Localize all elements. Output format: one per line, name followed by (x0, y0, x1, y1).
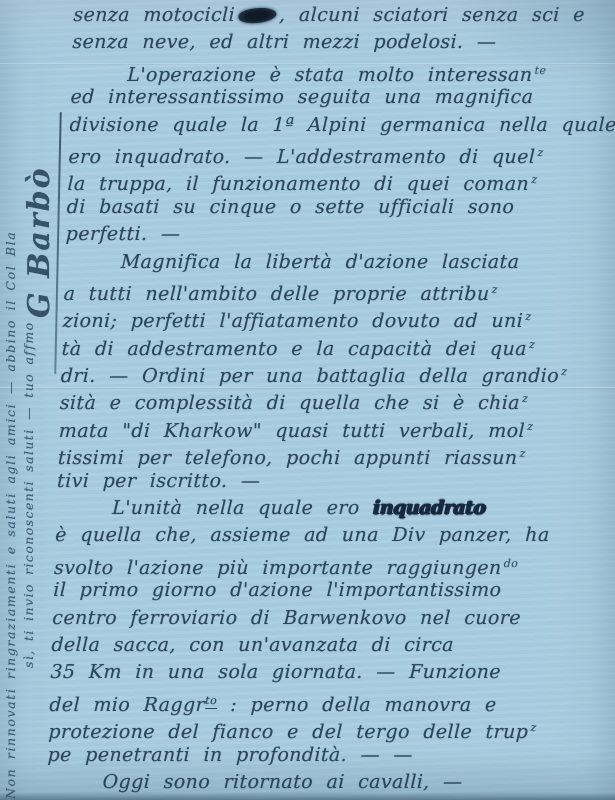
letter-line: senza motocicli, alcuni sciatori senza s… (73, 2, 615, 29)
hyphen-carry-mark: z (522, 392, 529, 405)
line-text: del mio Raggr (49, 694, 206, 716)
hyphen-carry-mark: z (529, 338, 536, 351)
letter-line: tivi per iscritto. — (57, 468, 607, 495)
letter-line: senza neve, ed altri mezzi podelosi. — (72, 29, 615, 56)
letter-line: dri. — Ordini per una battaglia della gr… (60, 358, 610, 385)
letter-line: svolto l'azione più importante raggiunge… (54, 550, 604, 577)
ink-blot (238, 6, 277, 25)
letter-line: L'operazione è stata molto interessante (71, 57, 615, 84)
signature: G Barbò (22, 166, 57, 318)
letter-line: divisione quale la 1ª Alpini germanica n… (69, 112, 615, 139)
line-text: dri. — Ordini per una battaglia della gr… (60, 365, 559, 387)
hyphen-carry-mark: te (534, 64, 546, 77)
letter-line: centro ferroviario di Barwenkovo nel cuo… (52, 605, 602, 632)
hyphen-carry-mark: z (530, 721, 537, 734)
letter-line: a tutti nell'ambito delle proprie attrib… (63, 276, 613, 303)
line-text: : perno della manovra e (217, 694, 497, 716)
hyphen-carry-mark: z (491, 283, 498, 296)
letter-line: L'unità nella quale ero inquadrato (56, 495, 606, 522)
letter-body: senza motocicli, alcuni sciatori senza s… (46, 2, 615, 796)
hyphen-carry-mark: z (525, 310, 532, 323)
line-text: senza motocicli (73, 4, 235, 26)
line-text: svolto l'azione più importante raggiunge… (54, 557, 502, 579)
letter-line: Oggi sono ritornato ai cavalli, — (46, 769, 596, 796)
letter-line: pe penetranti in profondità. — — (47, 742, 597, 769)
hyphen-carry-mark: z (561, 365, 568, 378)
line-text: L'operazione è stata molto interessan (127, 64, 533, 86)
letter-line: mata "di Kharkow" quasi tutti verbali, m… (59, 413, 609, 440)
abbreviation-superscript: to (205, 694, 217, 709)
line-text: a tutti nell'ambito delle proprie attrib… (63, 283, 490, 305)
line-text: senza neve, ed altri mezzi podelosi. — (72, 31, 497, 53)
letter-line: Magnifica la libertà d'azione lasciata (64, 249, 614, 276)
line-text: protezione del fianco e del tergo delle … (48, 721, 529, 743)
letter-line: il primo giorno d'azione l'importantissi… (53, 577, 603, 604)
margin-note-inner: sì, ti invio riconoscenti saluti — tuo a… (21, 321, 36, 668)
hyphen-carry-mark: z (527, 420, 534, 433)
line-text: tà di addestramento e la capacità dei qu… (61, 338, 527, 360)
letter-line: la truppa, il funzionamento di quei coma… (67, 166, 615, 193)
letter-line: tissimi per telefono, pochi appunti rias… (58, 440, 608, 467)
line-text: pe penetranti in profondità. — — (47, 744, 413, 766)
line-text: divisione quale la 1ª Alpini germanica n… (69, 114, 615, 136)
hyphen-carry-mark: z (531, 173, 538, 186)
letter-page: { "page": { "kind": "handwritten letter,… (0, 0, 615, 800)
line-text: Oggi sono ritornato ai cavalli, — (102, 771, 463, 793)
line-text: L'unità nella quale ero (112, 497, 374, 519)
letter-line: protezione del fianco e del tergo delle … (48, 714, 598, 741)
letter-line: del mio Raggrto : perno della manovra e (49, 687, 599, 714)
line-text: ed interessantissimo seguita una magnifi… (70, 86, 534, 108)
letter-line: di basati su cinque o sette ufficiali so… (66, 194, 615, 221)
letter-line: ero inquadrato. — L'addestramento di que… (68, 139, 615, 166)
line-text: zioni; perfetti l'affiatamento dovuto ad… (62, 310, 523, 332)
line-text: , alcuni sciatori senza sci e (279, 4, 586, 26)
letter-line: perfetti. — (65, 221, 615, 248)
line-text: ero inquadrato. — L'addestramento di que… (68, 146, 536, 168)
line-text: centro ferroviario di Barwenkovo nel cuo… (52, 607, 521, 629)
line-text: tivi per iscritto. — (57, 470, 261, 492)
letter-line: è quella che, assieme ad una Div panzer,… (55, 522, 605, 549)
line-text: la truppa, il funzionamento di quei coma… (67, 173, 529, 195)
overwritten-word: inquadrato (373, 497, 486, 519)
margin-note-outer: Non rinnovati ringraziamenti e saluti ag… (3, 231, 18, 799)
line-text: è quella che, assieme ad una Div panzer,… (55, 524, 550, 546)
letter-line: tà di addestramento e la capacità dei qu… (61, 331, 611, 358)
letter-line: sità e complessità di quella che si è ch… (60, 385, 610, 412)
letter-line: 35 Km in una sola giornata. — Funzione (50, 659, 600, 686)
letter-line: ed interessantissimo seguita una magnifi… (70, 84, 615, 111)
hyphen-carry-mark: z (537, 146, 544, 159)
hyphen-carry-mark: z (519, 447, 526, 460)
letter-line: zioni; perfetti l'affiatamento dovuto ad… (62, 303, 612, 330)
line-text: perfetti. — (65, 223, 180, 245)
line-text: mata "di Kharkow" quasi tutti verbali, m… (59, 420, 526, 442)
line-text: 35 Km in una sola giornata. — Funzione (50, 661, 501, 683)
hyphen-carry-mark: do (504, 557, 519, 570)
line-text: il primo giorno d'azione l'importantissi… (53, 579, 502, 601)
line-text: sità e complessità di quella che si è ch… (59, 392, 520, 414)
letter-line: della sacca, con un'avanzata di circa (51, 632, 601, 659)
line-text: Magnifica la libertà d'azione lasciata (120, 251, 519, 273)
line-text: di basati su cinque o sette ufficiali so… (66, 196, 514, 218)
line-text: tissimi per telefono, pochi appunti rias… (58, 447, 518, 469)
line-text: della sacca, con un'avanzata di circa (51, 634, 454, 656)
